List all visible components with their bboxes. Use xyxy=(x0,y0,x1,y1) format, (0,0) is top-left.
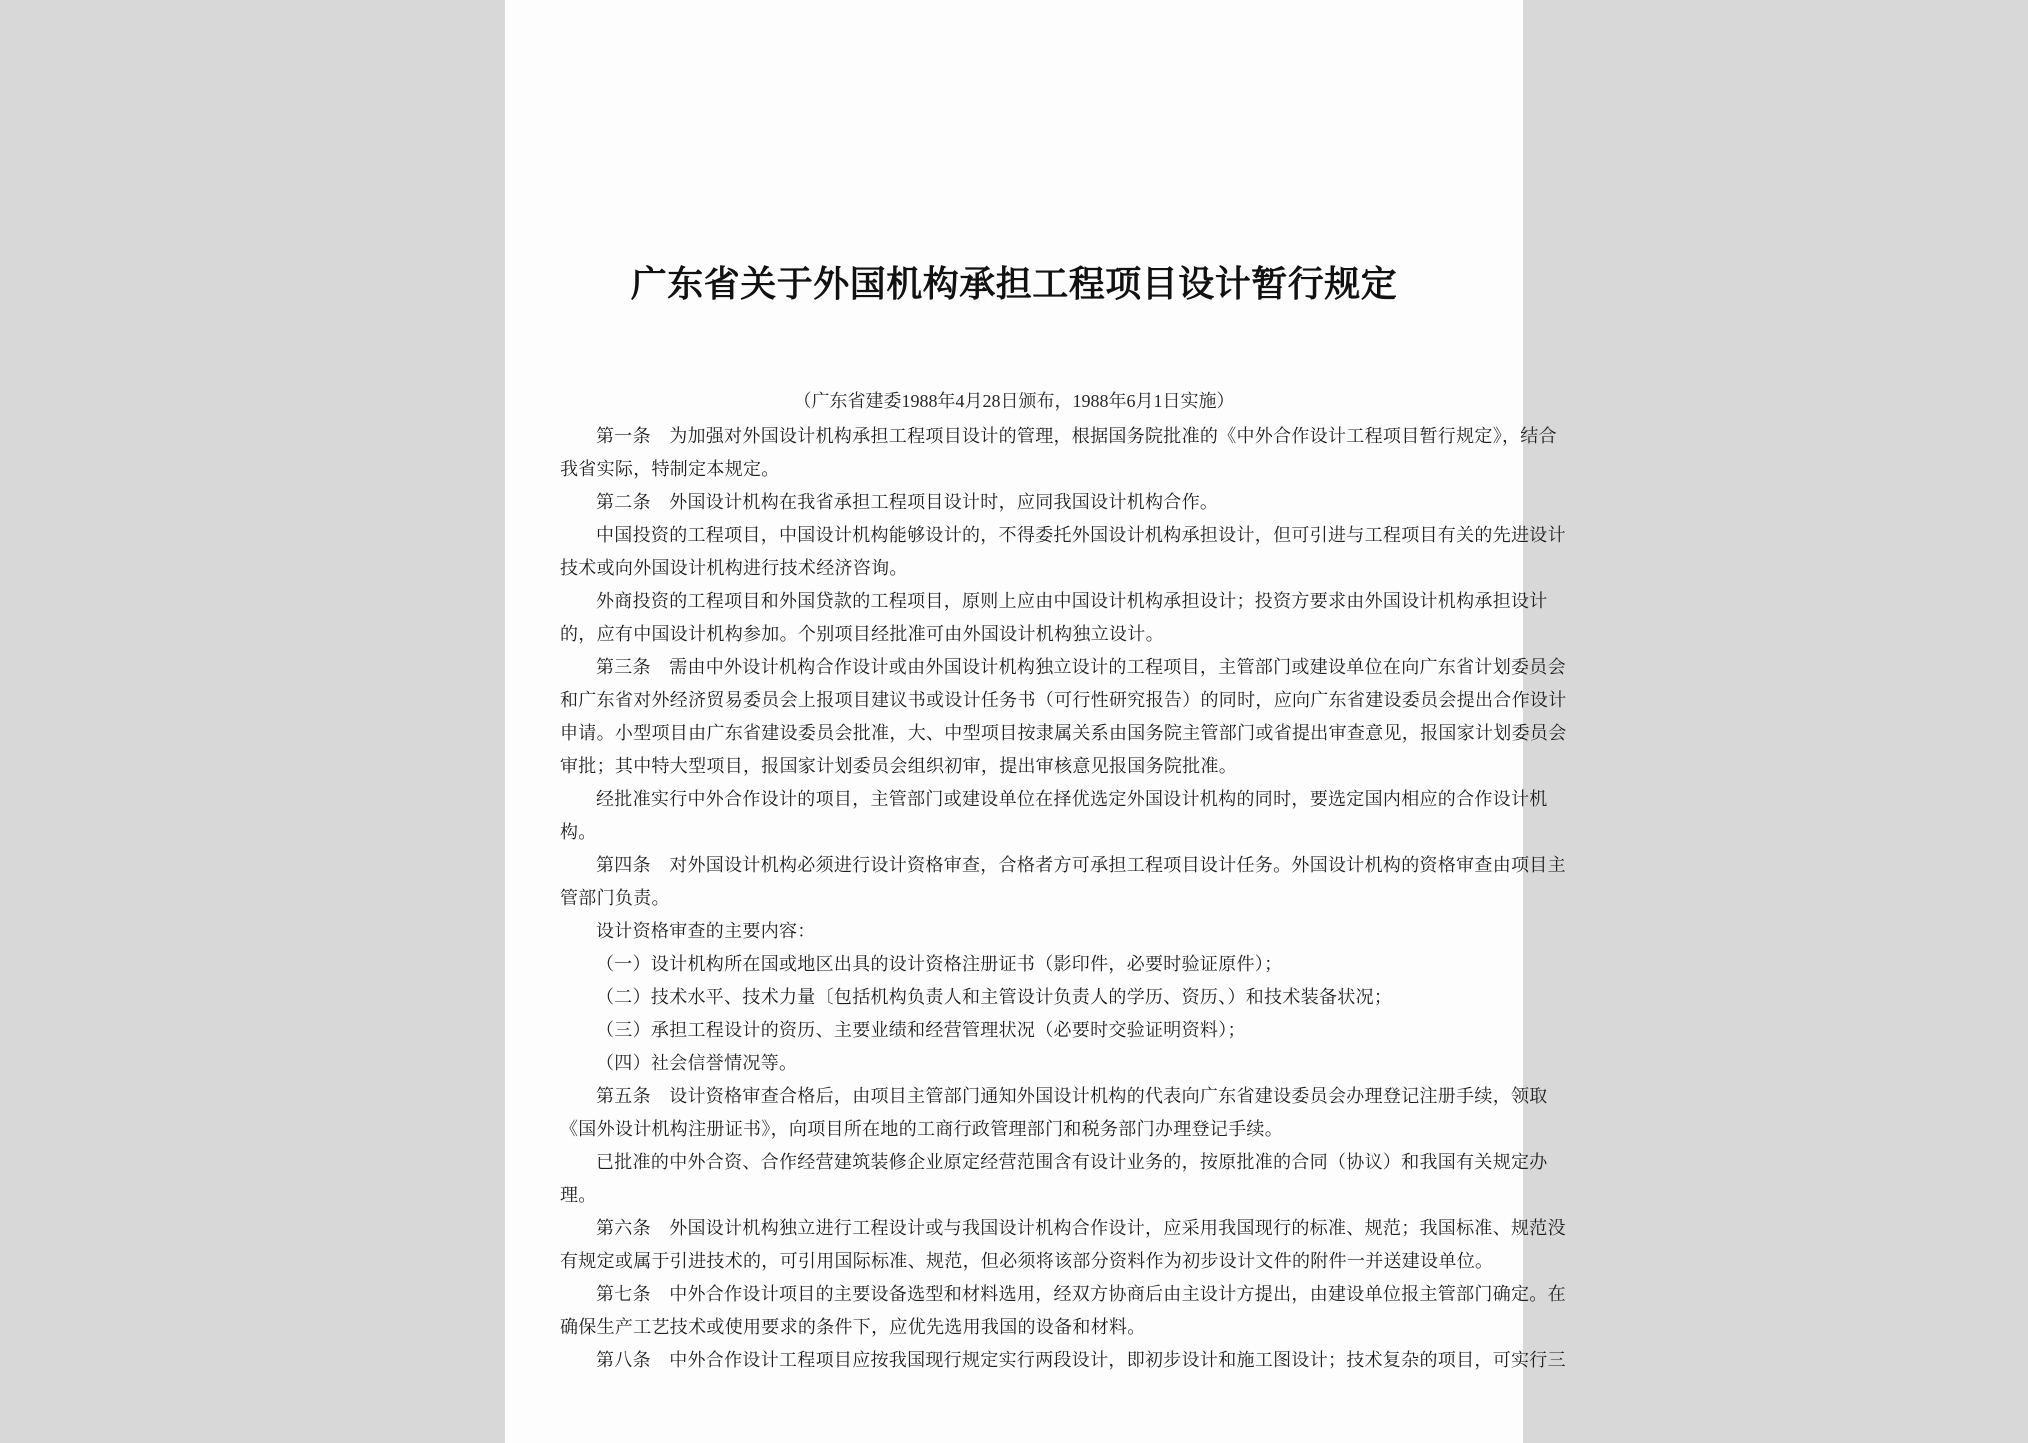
body-line: 第二条 外国设计机构在我省承担工程项目设计时，应同我国设计机构合作。 xyxy=(560,486,1481,519)
body-line: 设计资格审查的主要内容： xyxy=(560,915,1481,948)
body-line: 技术或向外国设计机构进行技术经济咨询。 xyxy=(560,552,1481,585)
body-line: 外商投资的工程项目和外国贷款的工程项目，原则上应由中国设计机构承担设计；投资方要… xyxy=(560,585,1481,618)
body-line: 管部门负责。 xyxy=(560,882,1481,915)
document-body: 第一条 为加强对外国设计机构承担工程项目设计的管理，根据国务院批准的《中外合作设… xyxy=(560,420,1481,1377)
body-line: 经批准实行中外合作设计的项目，主管部门或建设单位在择优选定外国设计机构的同时，要… xyxy=(560,783,1481,816)
issuance-note: （广东省建委1988年4月28日颁布，1988年6月1日实施） xyxy=(505,385,1523,418)
body-line: 第五条 设计资格审查合格后，由项目主管部门通知外国设计机构的代表向广东省建设委员… xyxy=(560,1080,1481,1113)
body-line: （三）承担工程设计的资历、主要业绩和经营管理状况（必要时交验证明资料）； xyxy=(560,1014,1481,1047)
body-line: 中国投资的工程项目，中国设计机构能够设计的，不得委托外国设计机构承担设计，但可引… xyxy=(560,519,1481,552)
body-line: 确保生产工艺技术或使用要求的条件下，应优先选用我国的设备和材料。 xyxy=(560,1311,1481,1344)
body-line: 第四条 对外国设计机构必须进行设计资格审查，合格者方可承担工程项目设计任务。外国… xyxy=(560,849,1481,882)
body-line: 第三条 需由中外设计机构合作设计或由外国设计机构独立设计的工程项目，主管部门或建… xyxy=(560,651,1481,684)
body-line: 申请。小型项目由广东省建设委员会批准，大、中型项目按隶属关系由国务院主管部门或省… xyxy=(560,717,1481,750)
body-line: 和广东省对外经济贸易委员会上报项目建议书或设计任务书（可行性研究报告）的同时，应… xyxy=(560,684,1481,717)
body-line: 《国外设计机构注册证书》，向项目所在地的工商行政管理部门和税务部门办理登记手续。 xyxy=(560,1113,1481,1146)
body-line: （二）技术水平、技术力量〔包括机构负责人和主管设计负责人的学历、资历、）和技术装… xyxy=(560,981,1481,1014)
body-line: 第六条 外国设计机构独立进行工程设计或与我国设计机构合作设计，应采用我国现行的标… xyxy=(560,1212,1481,1245)
screenshot-root: { "page": { "background_color": "#d8d8d8… xyxy=(0,0,2028,1443)
body-line: 理。 xyxy=(560,1179,1481,1212)
body-line: 审批；其中特大型项目，报国家计划委员会组织初审，提出审核意见报国务院批准。 xyxy=(560,750,1481,783)
document-page: 广东省关于外国机构承担工程项目设计暂行规定 （广东省建委1988年4月28日颁布… xyxy=(505,0,1523,1443)
body-line: 第一条 为加强对外国设计机构承担工程项目设计的管理，根据国务院批准的《中外合作设… xyxy=(560,420,1481,453)
body-line: 的，应有中国设计机构参加。个别项目经批准可由外国设计机构独立设计。 xyxy=(560,618,1481,651)
body-line: 我省实际，特制定本规定。 xyxy=(560,453,1481,486)
body-line: 第七条 中外合作设计项目的主要设备选型和材料选用，经双方协商后由主设计方提出，由… xyxy=(560,1278,1481,1311)
body-line: 第八条 中外合作设计工程项目应按我国现行规定实行两段设计，即初步设计和施工图设计… xyxy=(560,1344,1481,1377)
body-line: 已批准的中外合资、合作经营建筑装修企业原定经营范围含有设计业务的，按原批准的合同… xyxy=(560,1146,1481,1179)
document-title: 广东省关于外国机构承担工程项目设计暂行规定 xyxy=(505,262,1523,306)
body-line: 构。 xyxy=(560,816,1481,849)
body-line: （一）设计机构所在国或地区出具的设计资格注册证书（影印件，必要时验证原件）； xyxy=(560,948,1481,981)
body-line: （四）社会信誉情况等。 xyxy=(560,1047,1481,1080)
body-line: 有规定或属于引进技术的，可引用国际标准、规范，但必须将该部分资料作为初步设计文件… xyxy=(560,1245,1481,1278)
